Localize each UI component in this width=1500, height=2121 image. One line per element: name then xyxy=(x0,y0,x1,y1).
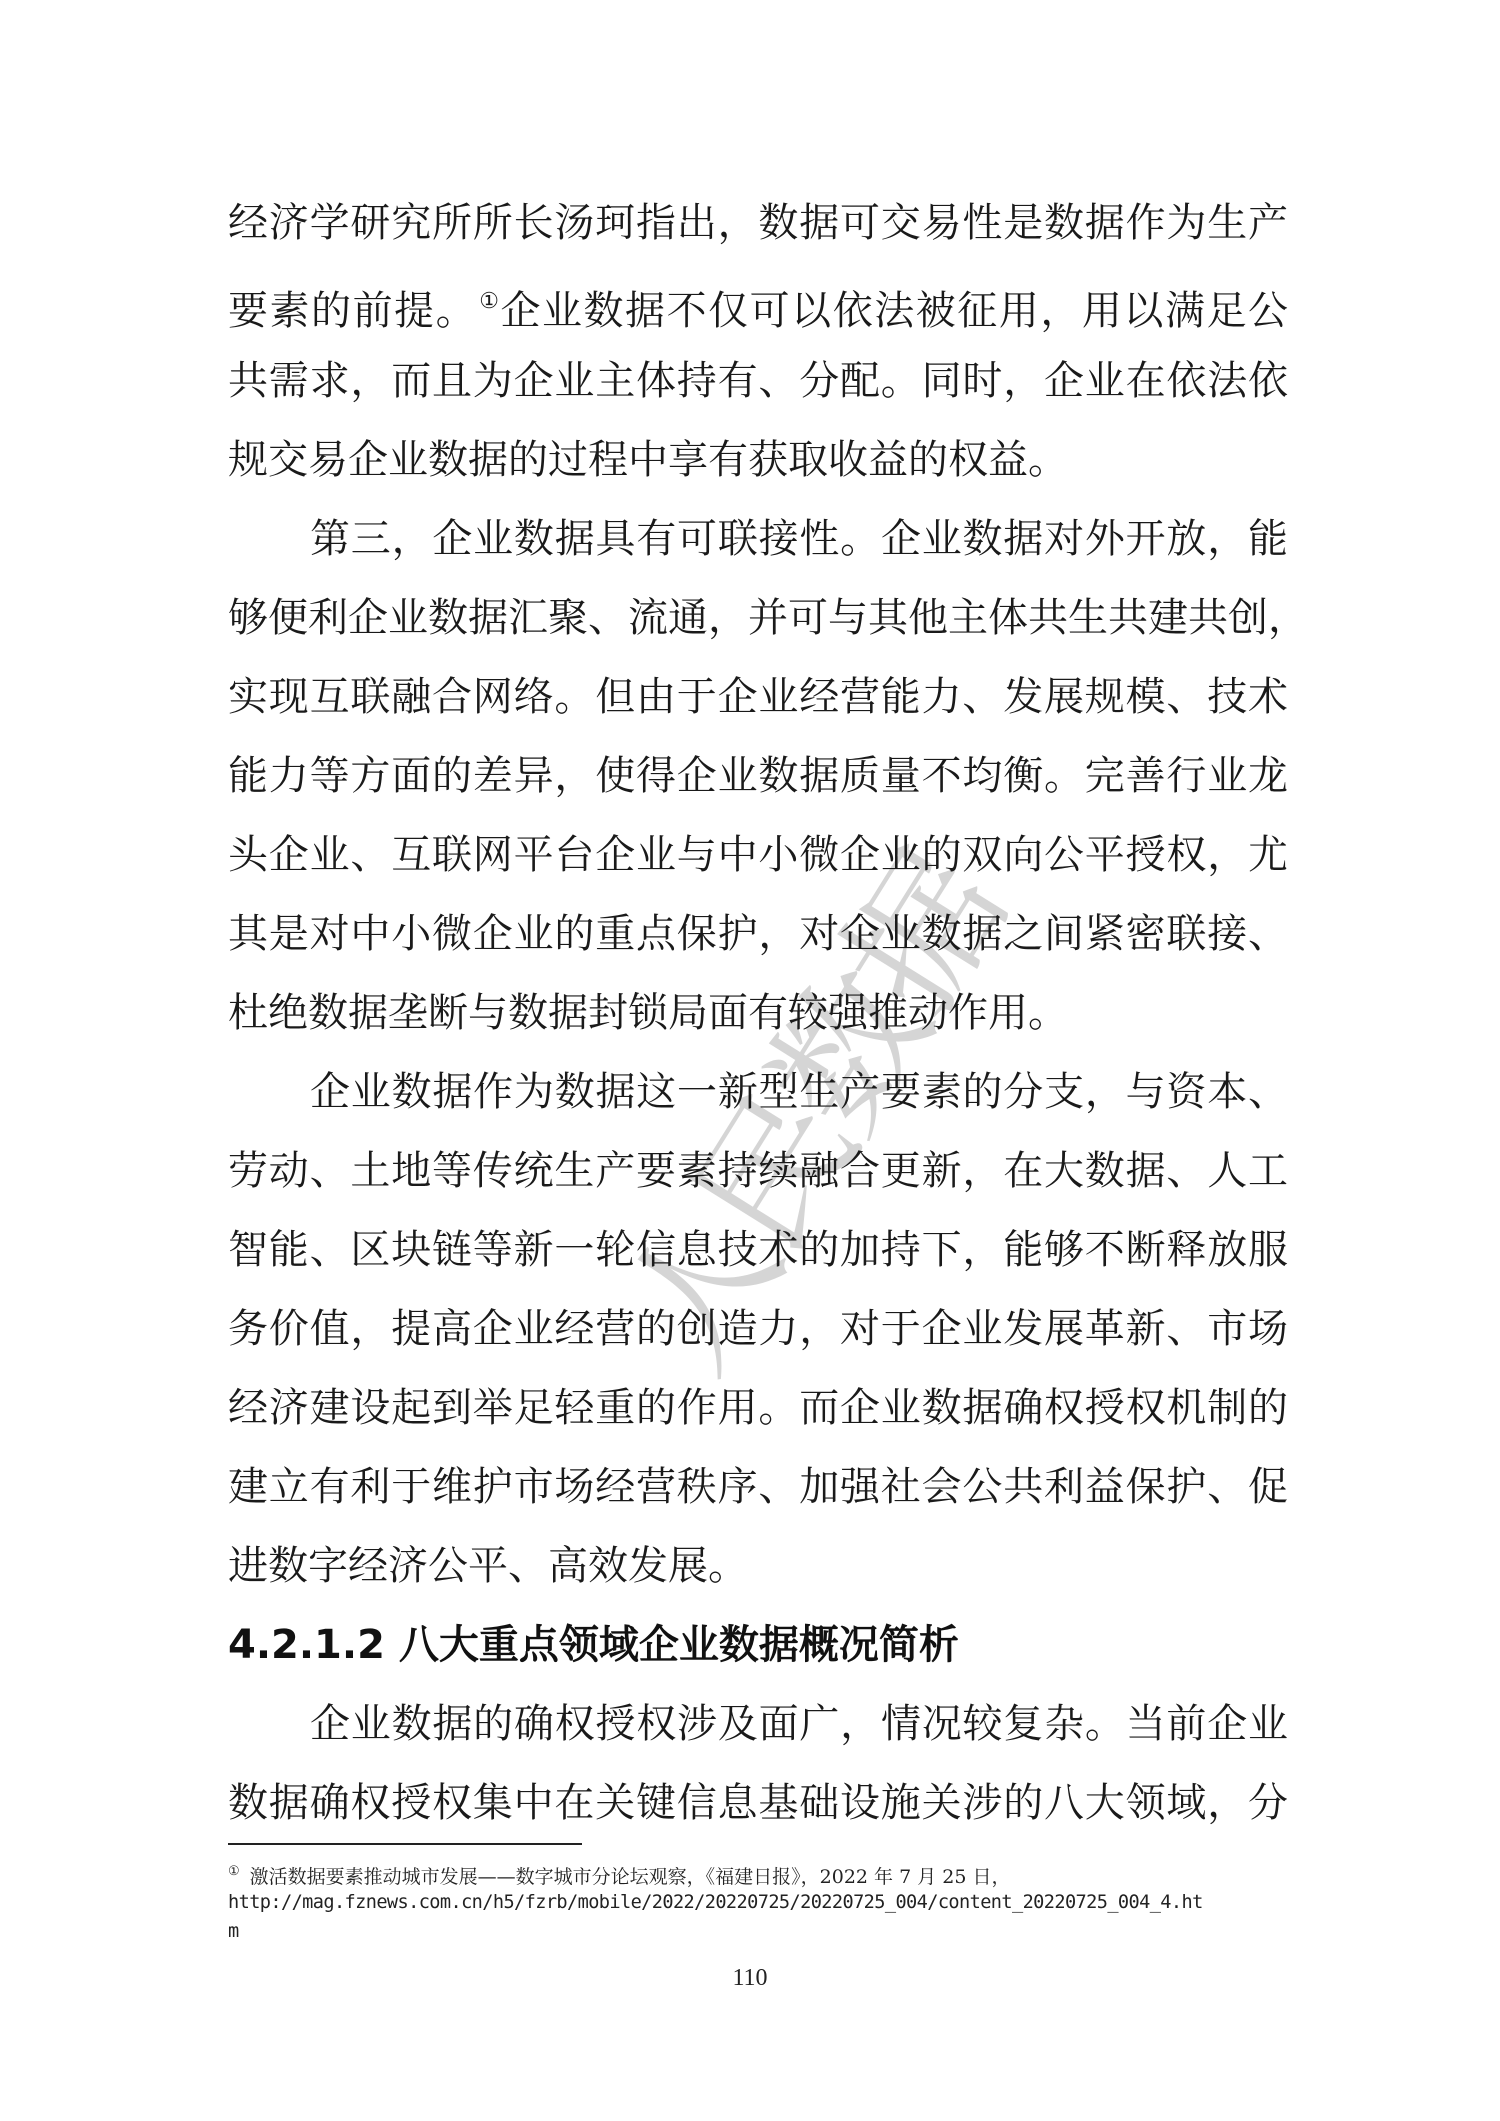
paragraph-line: 企业数据作为数据这一新型生产要素的分支，与资本、 xyxy=(310,1067,1288,1117)
paragraph-line: 智能、区块链等新一轮信息技术的加持下，能够不断释放服 xyxy=(228,1225,1288,1275)
paragraph-line: 其是对中小微企业的重点保护，对企业数据之间紧密联接、 xyxy=(228,909,1288,959)
paragraph-line: 能力等方面的差异，使得企业数据质量不均衡。完善行业龙 xyxy=(228,751,1288,801)
paragraph-line: 第三，企业数据具有可联接性。企业数据对外开放，能 xyxy=(310,514,1288,564)
paragraph-text: 企业数据不仅可以依法被征用，用以满足公 xyxy=(500,288,1288,334)
paragraph-line: 企业数据的确权授权涉及面广，情况较复杂。当前企业 xyxy=(310,1699,1288,1749)
paragraph-line: 要素的前提。①企业数据不仅可以依法被征用，用以满足公 xyxy=(228,277,1288,336)
paragraph-line: 数据确权授权集中在关键信息基础设施关涉的八大领域，分 xyxy=(228,1778,1288,1828)
footnote-url[interactable]: http://mag.fznews.com.cn/h5/fzrb/mobile/… xyxy=(228,1889,1203,1917)
footnote-divider xyxy=(228,1843,582,1845)
paragraph-text: 要素的前提。 xyxy=(228,288,477,334)
paragraph-line: 实现互联融合网络。但由于企业经营能力、发展规模、技术 xyxy=(228,672,1288,722)
section-heading: 4.2.1.2 八大重点领域企业数据概况简析 xyxy=(228,1620,959,1670)
footnote-text: 激活数据要素推动城市发展——数字城市分论坛观察，《福建日报》，2022 年 7 … xyxy=(250,1866,1011,1888)
footnote-mark: ① xyxy=(228,1864,240,1879)
paragraph-line: 建立有利于维护市场经营秩序、加强社会公共利益保护、促 xyxy=(228,1462,1288,1512)
paragraph-line: 共需求，而且为企业主体持有、分配。同时，企业在依法依 xyxy=(228,356,1288,406)
footnote-url-continued[interactable]: m xyxy=(228,1918,239,1946)
paragraph-line: 劳动、土地等传统生产要素持续融合更新，在大数据、人工 xyxy=(228,1146,1288,1196)
paragraph-line: 规交易企业数据的过程中享有获取收益的权益。 xyxy=(228,435,1288,485)
paragraph-line: 头企业、互联网平台企业与中小微企业的双向公平授权，尤 xyxy=(228,830,1288,880)
paragraph-line: 进数字经济公平、高效发展。 xyxy=(228,1541,1288,1591)
page-number: 110 xyxy=(0,1965,1500,1992)
document-page: 人民数据 经济学研究所所长汤珂指出，数据可交易性是数据作为生产 要素的前提。①企… xyxy=(0,0,1500,2121)
footnote: ①激活数据要素推动城市发展——数字城市分论坛观察，《福建日报》，2022 年 7… xyxy=(228,1858,1010,1891)
paragraph-line: 务价值，提高企业经营的创造力，对于企业发展革新、市场 xyxy=(228,1304,1288,1354)
paragraph-line: 经济建设起到举足轻重的作用。而企业数据确权授权机制的 xyxy=(228,1383,1288,1433)
paragraph-line: 杜绝数据垄断与数据封锁局面有较强推动作用。 xyxy=(228,988,1288,1038)
paragraph-line: 经济学研究所所长汤珂指出，数据可交易性是数据作为生产 xyxy=(228,198,1288,248)
footnote-reference[interactable]: ① xyxy=(479,289,500,314)
paragraph-line: 够便利企业数据汇聚、流通，并可与其他主体共生共建共创， xyxy=(228,593,1288,643)
